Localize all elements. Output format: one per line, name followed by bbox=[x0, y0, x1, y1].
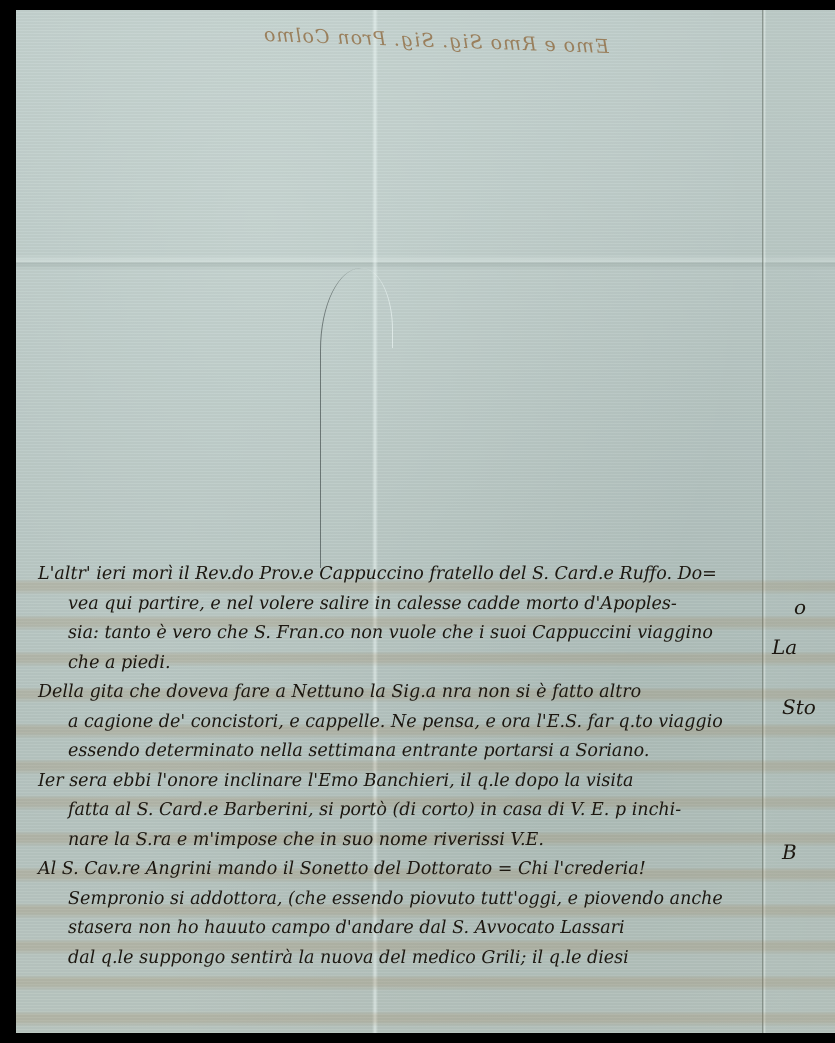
page-gutter bbox=[762, 10, 766, 1033]
paper-crease bbox=[320, 268, 361, 568]
text-line: a cagione de' concistori, e cappelle. Ne… bbox=[38, 708, 758, 738]
fragment: o bbox=[794, 595, 806, 619]
text-line: che a piedi. bbox=[38, 649, 758, 679]
fragment: Sto bbox=[782, 695, 816, 719]
text-line: Al S. Cav.re Angrini mando il Sonetto de… bbox=[38, 855, 758, 885]
scanned-document: Emo e Rmo Sig. Sig. Pron Colmo L'altr' i… bbox=[0, 0, 835, 1043]
text-line: Della gita che doveva fare a Nettuno la … bbox=[38, 678, 758, 708]
right-leaf bbox=[766, 10, 835, 1033]
paragraph-4: Al S. Cav.re Angrini mando il Sonetto de… bbox=[38, 855, 758, 973]
text-line: stasera non ho hauuto campo d'andare dal… bbox=[38, 914, 758, 944]
text-line: nare la S.ra e m'impose che in suo nome … bbox=[38, 826, 758, 856]
letter-body: L'altr' ieri morì il Rev.do Prov.e Cappu… bbox=[38, 560, 758, 973]
text-line: Sempronio si addottora, (che essendo pio… bbox=[38, 885, 758, 915]
text-line: fatta al S. Card.e Barberini, si portò (… bbox=[38, 796, 758, 826]
address-line: Emo e Rmo Sig. Sig. Pron Colmo bbox=[226, 23, 647, 60]
paragraph-3: Ier sera ebbi l'onore inclinare l'Emo Ba… bbox=[38, 767, 758, 856]
text-line: vea qui partire, e nel volere salire in … bbox=[38, 590, 758, 620]
fragment: B bbox=[782, 840, 797, 864]
horizontal-fold bbox=[16, 255, 835, 269]
paper-crease-highlight bbox=[362, 268, 393, 348]
fragment: La bbox=[772, 635, 797, 659]
paragraph-2: Della gita che doveva fare a Nettuno la … bbox=[38, 678, 758, 767]
text-line: sia: tanto è vero che S. Fran.co non vuo… bbox=[38, 619, 758, 649]
text-line: L'altr' ieri morì il Rev.do Prov.e Cappu… bbox=[38, 560, 758, 590]
paragraph-1: L'altr' ieri morì il Rev.do Prov.e Cappu… bbox=[38, 560, 758, 678]
text-line: essendo determinato nella settimana entr… bbox=[38, 737, 758, 767]
text-line: Ier sera ebbi l'onore inclinare l'Emo Ba… bbox=[38, 767, 758, 797]
text-line: dal q.le suppongo sentirà la nuova del m… bbox=[38, 944, 758, 974]
